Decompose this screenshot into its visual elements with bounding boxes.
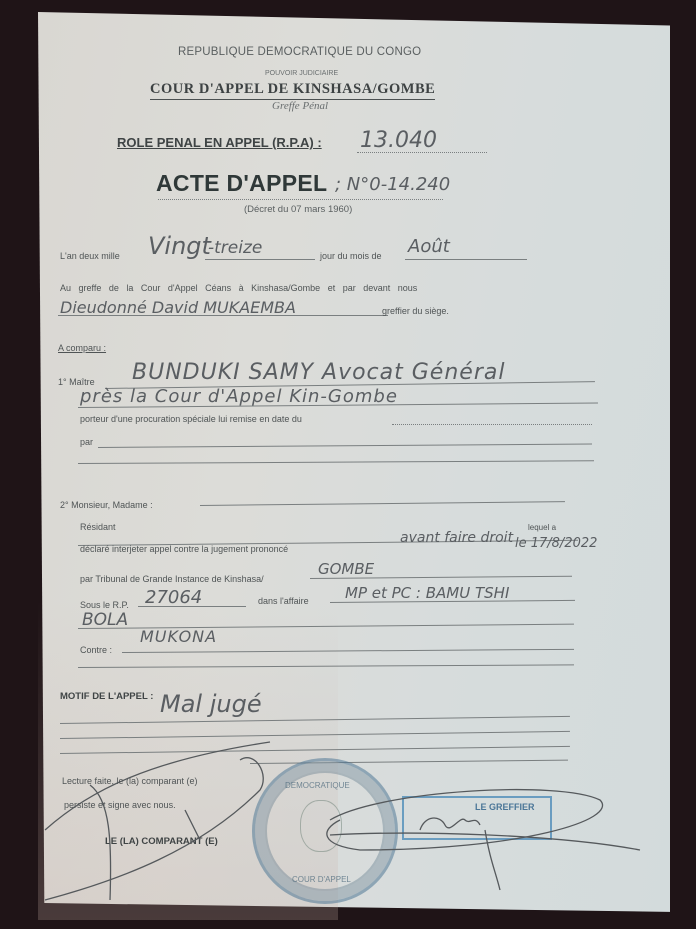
month-line	[405, 259, 527, 260]
decree-note: (Décret du 07 mars 1960)	[244, 204, 352, 215]
closing-line1: Lecture faite, le (la) comparant (e)	[62, 776, 198, 786]
signatory-left: LE (LA) COMPARANT (E)	[105, 836, 218, 847]
role-penal-value: 13.040	[360, 128, 437, 153]
power-header: POUVOIR JUDICIAIRE	[265, 70, 338, 77]
tribunal-value: GOMBE	[318, 560, 374, 578]
registry-suffix: greffier du siège.	[382, 306, 449, 316]
contre-value: MUKONA	[140, 627, 217, 646]
clerk-line	[58, 315, 388, 316]
registry-text: Au greffe de la Cour d'Appel Céans à Kin…	[60, 283, 417, 293]
rp-label: Sous le R.P.	[80, 600, 129, 610]
rp-line	[138, 606, 246, 607]
affair-label: dans l'affaire	[258, 596, 309, 606]
role-penal-label: ROLE PENAL EN APPEL (R.P.A) :	[117, 135, 322, 150]
registrar-stamp-label: LE GREFFIER	[475, 802, 535, 812]
motif-value: Mal jugé	[160, 690, 262, 718]
closing-line2: persiste et signe avec nous.	[64, 800, 176, 810]
proxy-text: porteur d'une procuration spéciale lui r…	[80, 414, 302, 424]
rp-value: 27064	[145, 587, 202, 608]
office-header: Greffe Pénal	[272, 100, 328, 112]
document-title: ACTE D'APPEL	[156, 170, 327, 197]
motif-label: MOTIF DE L'APPEL :	[60, 691, 153, 702]
day-handwritten: -treize	[208, 238, 262, 258]
affair-value: MP et PC : BAMU TSHI	[345, 584, 509, 602]
by-label: par	[80, 437, 93, 447]
rpa-dotted-line	[357, 152, 487, 153]
declared-text: déclaré interjeter appel contre la jugem…	[80, 544, 288, 554]
item2-prefix: 2° Monsieur, Madame :	[60, 500, 153, 510]
acte-number: ; N°0-14.240	[335, 174, 450, 195]
judgment-handwritten: avant faire droit	[400, 530, 513, 546]
country-header: REPUBLIQUE DEMOCRATIQUE DU CONGO	[178, 46, 421, 58]
judgment-date: le 17/8/2022	[515, 536, 597, 551]
date-middle: jour du mois de	[320, 251, 382, 261]
contre-label: Contre :	[80, 645, 112, 655]
resident-label: Résidant	[80, 522, 116, 532]
title-dotted-line	[158, 199, 443, 200]
proxy-line	[392, 424, 592, 425]
lequel-label: lequel a	[528, 523, 556, 532]
court-header: COUR D'APPEL DE KINSHASA/GOMBE	[150, 81, 435, 100]
date-prefix: L'an deux mille	[60, 251, 120, 261]
appearer-name-line1: BUNDUKI SAMY Avocat Général	[132, 360, 505, 385]
year-handwritten: Vingt	[148, 232, 211, 260]
appeared-label: A comparu :	[58, 343, 106, 353]
month-handwritten: Août	[408, 236, 450, 257]
tribunal-text: par Tribunal de Grande Instance de Kinsh…	[80, 574, 264, 584]
day-line	[205, 259, 315, 260]
seal-emblem-icon	[300, 800, 342, 852]
